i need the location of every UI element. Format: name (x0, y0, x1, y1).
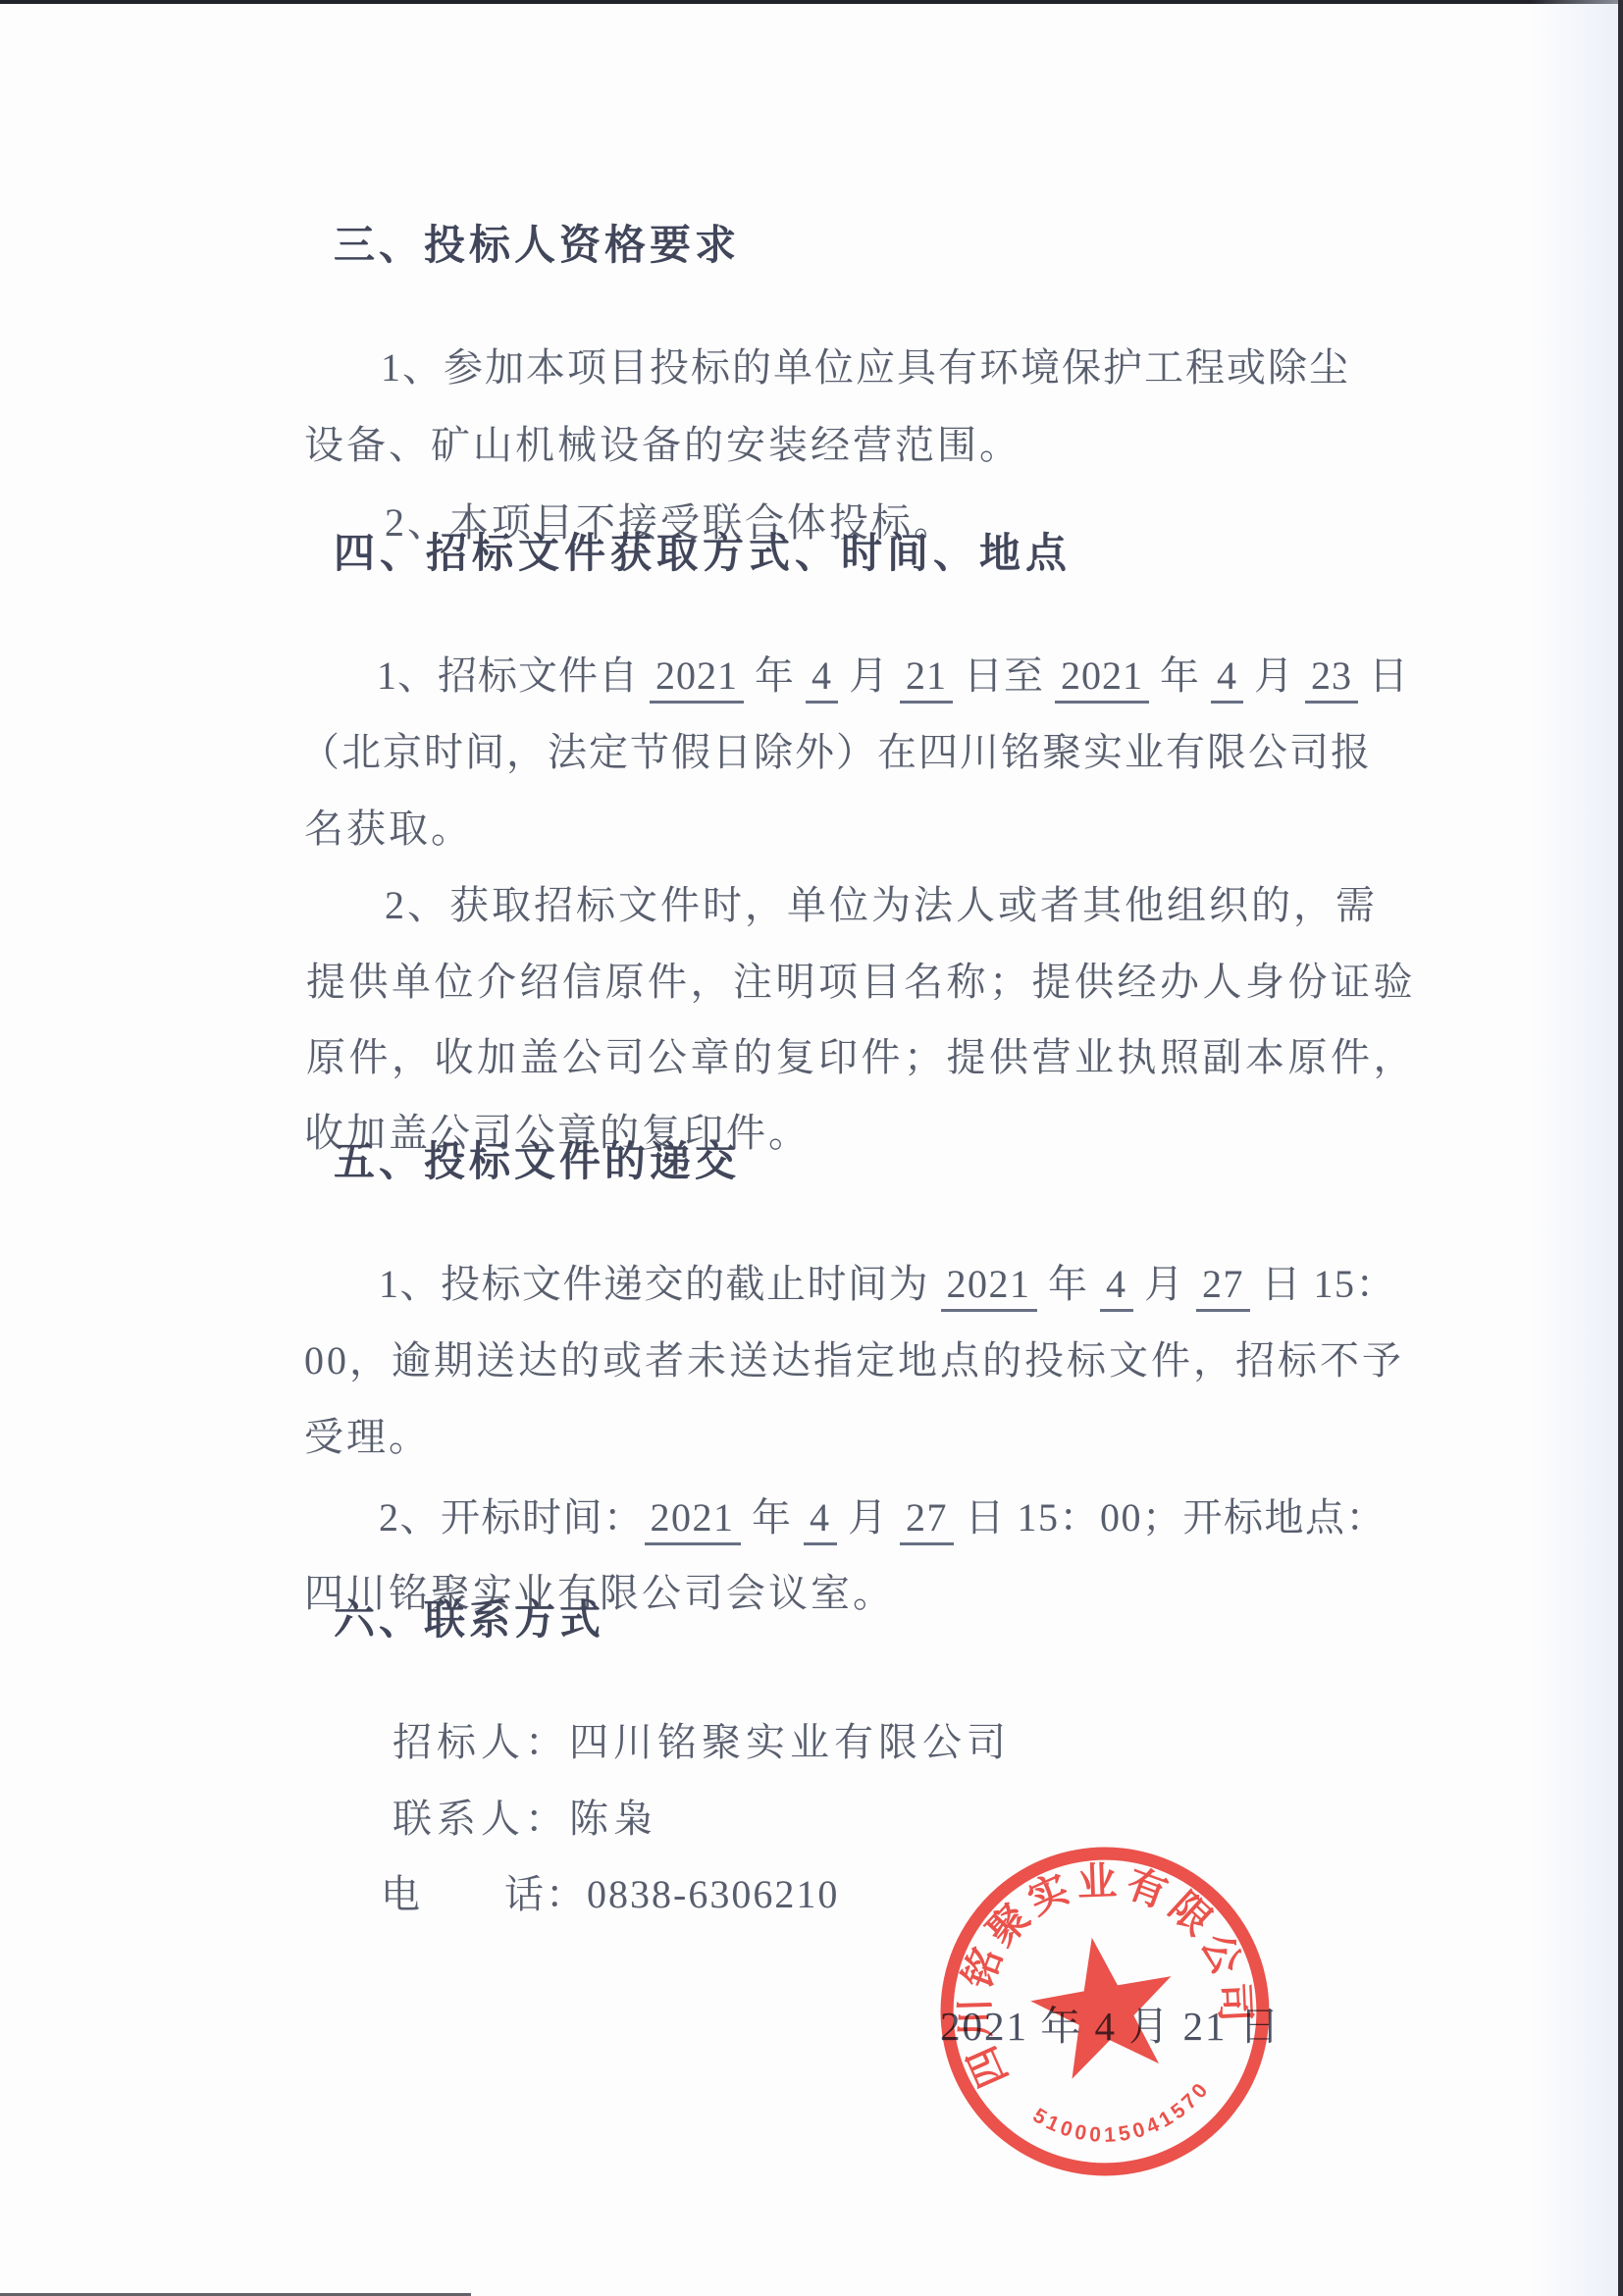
document-date: 2021 年 4 月 21 日 (940, 1994, 1282, 2052)
section-heading-contact: 六、联系方式 (334, 1596, 604, 1644)
section-heading-bid-submission: 五、投标文件的递交 (334, 1138, 740, 1185)
text-segment: 00，逾期送达的或者未送达指定地点的投标文件，招标不予 (304, 1338, 1404, 1383)
section-heading-bidder-qualifications: 三、投标人资格要求 (334, 222, 740, 269)
text-segment: 日 15：00；开标地点： (954, 1495, 1387, 1539)
phone-line: 电 话：0838-6306210 (334, 1827, 839, 1962)
text-segment: 电 话：0838-6306210 (381, 1872, 839, 1916)
scan-edge-top (0, 0, 1623, 4)
scan-edge-right (1618, 0, 1623, 2296)
section-heading-document-acquisition: 四、招标文件获取方式、时间、地点 (334, 530, 1072, 577)
scan-tint-right (1530, 0, 1618, 2296)
scanned-document-page: 三、投标人资格要求 1、参加本项目投标的单位应具有环境保护工程或除尘 设备、矿山… (0, 0, 1623, 2296)
underlined-day-segment: 27 (900, 1495, 954, 1545)
